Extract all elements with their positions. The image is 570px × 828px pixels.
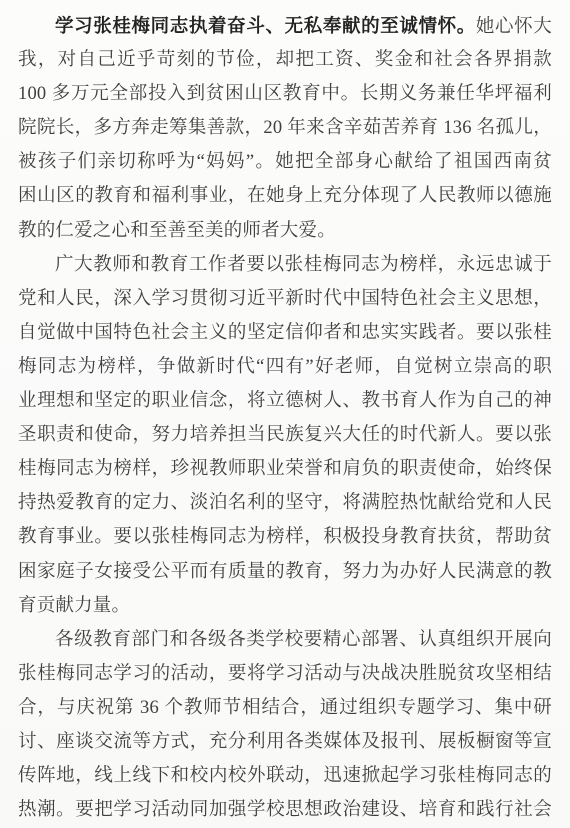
text-line: 教的仁爱之心和至善至美的师者大爱。 xyxy=(18,214,552,248)
text-segment: 她心怀大 xyxy=(476,17,552,37)
text-line: 桂梅同志为榜样，珍视教师职业荣誉和肩负的职责使命，始终保 xyxy=(18,452,552,486)
text-line: 热潮。要把学习活动同加强学校思想政治建设、培育和践行社会 xyxy=(18,793,552,827)
scanned-document-page: 学习张桂梅同志执着奋斗、无私奉献的至诚情怀。她心怀大我，对自己近乎苛刻的节俭，却… xyxy=(0,0,570,828)
text-line: 圣职责和使命，努力培养担当民族复兴大任的时代新人。要以张 xyxy=(18,418,552,452)
document-text: 学习张桂梅同志执着奋斗、无私奉献的至诚情怀。她心怀大我，对自己近乎苛刻的节俭，却… xyxy=(18,9,552,828)
text-line: 广大教师和教育工作者要以张桂梅同志为榜样，永远忠诚于 xyxy=(18,248,552,282)
text-line: 我，对自己近乎苛刻的节俭，却把工资、奖金和社会各界捐款 xyxy=(18,43,552,77)
text-line: 自觉做中国特色社会主义的坚定信仰者和忠实实践者。要以张桂 xyxy=(18,316,552,350)
text-line: 张桂梅同志学习的活动，要将学习活动与决战决胜脱贫攻坚相结 xyxy=(18,657,552,691)
text-line: 100 多万元全部投入到贫困山区教育中。长期义务兼任华坪福利 xyxy=(18,77,552,111)
text-line: 院院长，多方奔走筹集善款，20 年来含辛茹苦养育 136 名孤儿， xyxy=(18,111,552,145)
text-line: 合，与庆祝第 36 个教师节相结合，通过组织专题学习、集中研 xyxy=(18,691,552,725)
text-line: 业理想和坚定的职业信念，将立德树人、教书育人作为自己的神 xyxy=(18,384,552,418)
text-line: 传阵地，线上线下和校内校外联动，迅速掀起学习张桂梅同志的 xyxy=(18,759,552,793)
text-line: 学习张桂梅同志执着奋斗、无私奉献的至诚情怀。她心怀大 xyxy=(18,9,552,43)
text-line: 各级教育部门和各级各类学校要精心部署、认真组织开展向 xyxy=(18,623,552,657)
text-line: 育贡献力量。 xyxy=(18,589,552,623)
text-line: 困家庭子女接受公平而有质量的教育，努力为办好人民满意的教 xyxy=(18,555,552,589)
text-line: 梅同志为榜样，争做新时代“四有”好老师，自觉树立崇高的职 xyxy=(18,350,552,384)
text-line: 讨、座谈交流等方式，充分利用各类媒体及报刊、展板橱窗等宣 xyxy=(18,725,552,759)
text-line: 党和人民，深入学习贯彻习近平新时代中国特色社会主义思想， xyxy=(18,282,552,316)
text-line: 困山区的教育和福利事业，在她身上充分体现了人民教师以德施 xyxy=(18,179,552,213)
paragraph-lead-bold-text: 学习张桂梅同志执着奋斗、无私奉献的至诚情怀。 xyxy=(55,15,476,36)
text-line: 持热爱教育的定力、淡泊名利的坚守，将满腔热忱献给党和人民 xyxy=(18,486,552,520)
text-line: 教育事业。要以张桂梅同志为榜样，积极投身教育扶贫，帮助贫 xyxy=(18,520,552,554)
text-line: 被孩子们亲切称呼为“妈妈”。她把全部身心献给了祖国西南贫 xyxy=(18,145,552,179)
